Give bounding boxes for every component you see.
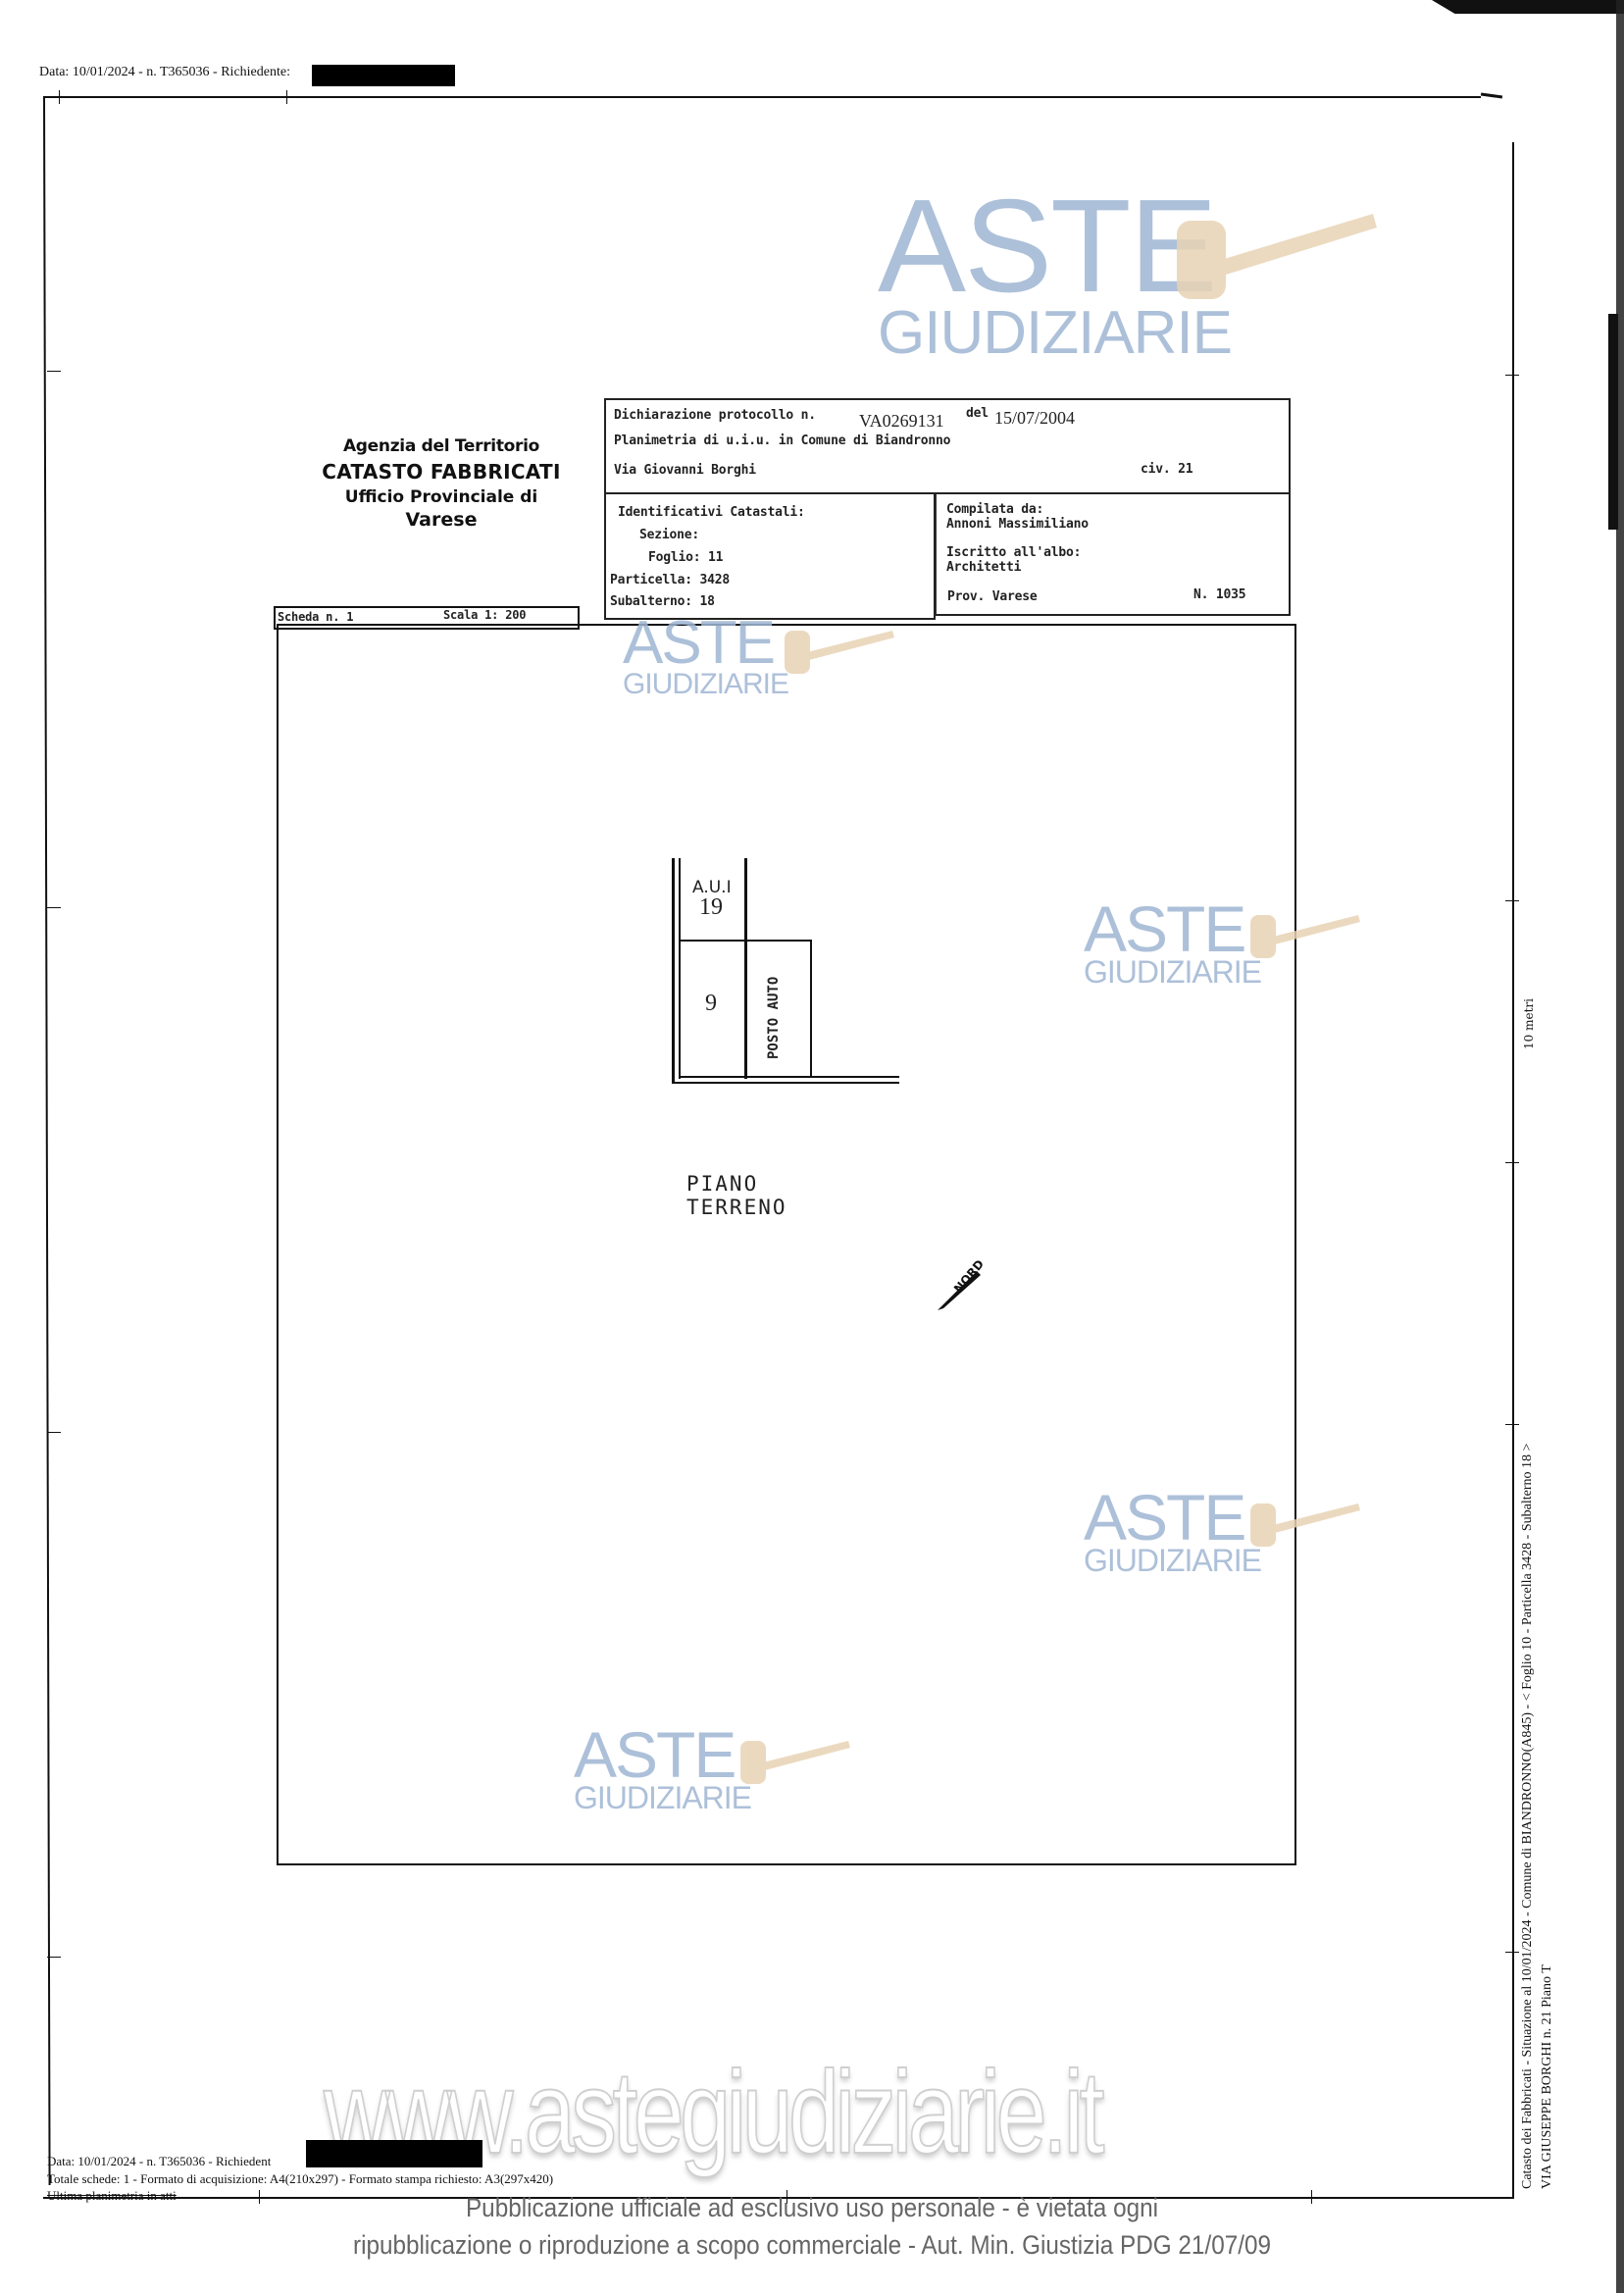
address: Via Giovanni Borghi xyxy=(614,463,756,478)
aste-watermark-right-lower: ASTE GIUDIZIARIE xyxy=(1084,1489,1261,1575)
sezione: Sezione: xyxy=(639,528,699,542)
side-cadastre-info: Catasto dei Fabbricati - Situazione al 1… xyxy=(1520,1444,1536,2189)
watermark-word-giudiziarie: GIUDIZIARIE xyxy=(1084,958,1261,987)
agency-block: Agenzia del Territorio CATASTO FABBRICAT… xyxy=(294,436,588,531)
watermark-word-aste: ASTE xyxy=(623,616,788,671)
footer-request-info: Data: 10/01/2024 - n. T365036 - Richiede… xyxy=(47,2154,271,2169)
footer-format-info: Totale schede: 1 - Formato di acquisizio… xyxy=(47,2171,553,2187)
scan-artifact xyxy=(1432,0,1624,14)
frame-tick xyxy=(1505,1162,1519,1163)
protocol-number: VA0269131 xyxy=(859,411,944,432)
agency-office: Ufficio Provinciale di xyxy=(294,487,588,507)
scale-note: 10 metri xyxy=(1522,998,1536,1049)
aste-watermark-right: ASTE GIUDIZIARIE xyxy=(1084,900,1261,987)
redaction-bar xyxy=(306,2140,482,2167)
frame-tick xyxy=(286,90,287,104)
watermark-word-giudiziarie: GIUDIZIARIE xyxy=(623,671,788,697)
header-text: Data: 10/01/2024 - n. T365036 - Richiede… xyxy=(39,65,290,79)
outer-frame-right xyxy=(1512,142,1514,2197)
outer-frame-top xyxy=(43,96,1481,98)
aste-watermark-small: ASTE GIUDIZIARIE xyxy=(623,616,788,697)
wall-divider xyxy=(744,858,747,1079)
gavel-icon xyxy=(780,623,897,682)
unit-number: 19 xyxy=(699,894,723,921)
particella: Particella: 3428 xyxy=(610,573,730,587)
gavel-icon xyxy=(736,1733,853,1792)
watermark-word-aste: ASTE xyxy=(1084,900,1261,958)
plan-description: Planimetria di u.i.u. in Comune di Biand… xyxy=(614,433,950,448)
frame-tick xyxy=(47,1957,61,1958)
wall-horizontal xyxy=(679,940,811,942)
identifiers-title: Identificativi Catastali: xyxy=(618,505,805,520)
protocol-date: 15/07/2004 xyxy=(994,408,1075,429)
watermark-word-giudiziarie: GIUDIZIARIE xyxy=(1084,1547,1261,1575)
space-label: POSTO AUTO xyxy=(766,977,782,1059)
publication-notice-line2: ripubblicazione o riproduzione a scopo c… xyxy=(81,2230,1543,2261)
agency-city: Varese xyxy=(294,509,588,531)
wall-bottom-inner xyxy=(679,1076,899,1078)
wall-inner-left xyxy=(679,858,681,1079)
agency-name: Agenzia del Territorio xyxy=(294,436,588,456)
agency-department: CATASTO FABBRICATI xyxy=(294,460,588,484)
protocol-label: Dichiarazione protocollo n. xyxy=(614,408,816,423)
frame-tick xyxy=(59,90,60,104)
register-value: Architetti xyxy=(946,560,1021,575)
register-label: Iscritto all'albo: xyxy=(946,545,1081,560)
drawing-area xyxy=(277,624,1296,1865)
watermark-word-aste: ASTE xyxy=(1084,1489,1261,1547)
subalterno: Subalterno: 18 xyxy=(610,594,715,609)
frame-corner xyxy=(1481,92,1502,98)
gavel-icon xyxy=(1167,206,1383,314)
compiler-number: N. 1035 xyxy=(1193,587,1245,602)
watermark-word-aste: ASTE xyxy=(574,1726,751,1784)
aste-watermark-left-lower: ASTE GIUDIZIARIE xyxy=(574,1726,751,1812)
sheet-number: Scheda n. 1 xyxy=(278,610,353,624)
civic-number: civ. 21 xyxy=(1141,462,1193,477)
watermark-word-giudiziarie: GIUDIZIARIE xyxy=(574,1784,751,1812)
foglio: Foglio: 11 xyxy=(648,550,723,565)
wall-parking-right xyxy=(810,940,812,1077)
gavel-icon xyxy=(1245,1496,1363,1554)
wall-bottom-outer xyxy=(672,1082,899,1084)
header-request-info: Data: 10/01/2024 - n. T365036 - Richiede… xyxy=(39,65,290,80)
publication-notice-line1: Pubblicazione ufficiale ad esclusivo uso… xyxy=(81,2193,1543,2223)
sheet-scale: Scala 1: 200 xyxy=(443,608,526,622)
floor-label: PIANO TERRENO xyxy=(686,1172,787,1219)
compiler-label: Compilata da: xyxy=(946,502,1043,517)
frame-tick xyxy=(1505,900,1519,901)
compiler-name: Annoni Massimiliano xyxy=(946,517,1089,532)
frame-tick xyxy=(47,1432,61,1433)
compiler-province: Prov. Varese xyxy=(947,589,1038,604)
frame-tick xyxy=(1505,1424,1519,1425)
outer-frame-left xyxy=(43,96,51,2185)
redaction-bar xyxy=(312,65,455,86)
frame-tick xyxy=(1505,1952,1519,1953)
space-number: 9 xyxy=(705,991,717,1017)
frame-tick xyxy=(47,371,61,372)
side-address-info: VIA GIUSEPPE BORGHI n. 21 Piano T xyxy=(1540,1964,1555,2189)
frame-tick xyxy=(1505,375,1519,376)
gavel-icon xyxy=(1245,907,1363,966)
frame-tick xyxy=(47,907,61,908)
scan-edge-mark xyxy=(1608,314,1618,530)
date-label: del xyxy=(966,406,989,421)
wall-outer-left xyxy=(672,858,675,1084)
